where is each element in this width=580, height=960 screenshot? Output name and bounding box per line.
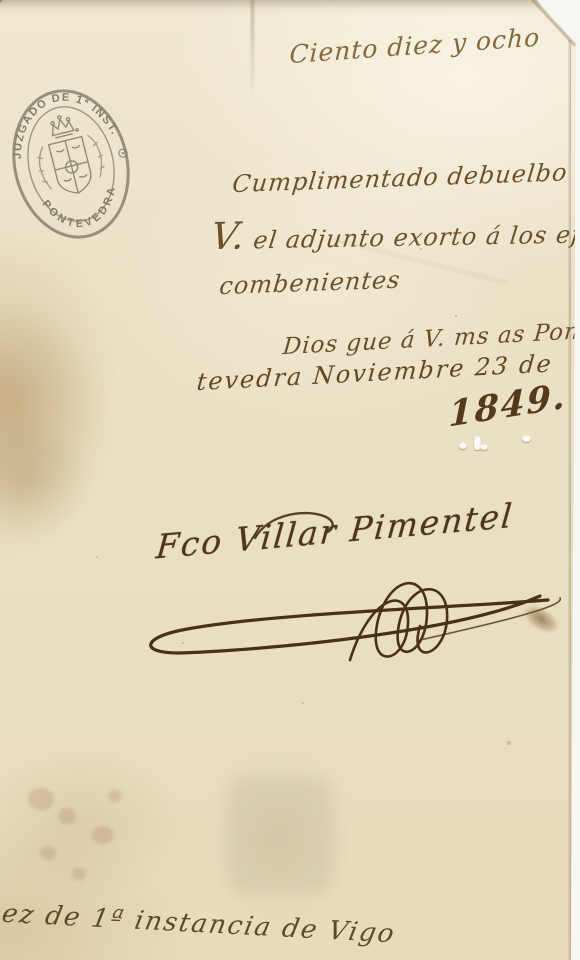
top-crease bbox=[0, 0, 560, 14]
closing-year: 1849. bbox=[448, 375, 567, 435]
stain-speck bbox=[40, 846, 56, 860]
footer-addressee: Juez de 1ª instancia de Vigo bbox=[0, 880, 402, 953]
coat-of-arms-icon bbox=[49, 137, 95, 198]
crown-icon bbox=[48, 113, 74, 138]
paper-specks bbox=[0, 0, 2, 2]
body-line: combenientes bbox=[218, 266, 402, 300]
folio-number: Ciento diez y ocho bbox=[289, 22, 541, 69]
punch-hole bbox=[522, 435, 531, 442]
punch-hole bbox=[459, 442, 467, 449]
paper-edge bbox=[568, 40, 571, 960]
body-line: V. el adjunto exorto á los efectos bbox=[209, 206, 580, 258]
stain bbox=[228, 778, 333, 893]
stain-speck bbox=[92, 826, 114, 844]
court-stamp: JUZGADO DE 1ª INST. PONTEVEDRA bbox=[0, 71, 151, 257]
punch-hole bbox=[480, 444, 488, 450]
stain-speck bbox=[58, 808, 76, 824]
stain-speck bbox=[28, 788, 54, 810]
stamp-dot-center bbox=[121, 152, 124, 155]
body-line: Cumplimentado debuelbo á bbox=[231, 157, 580, 198]
scanned-document: JUZGADO DE 1ª INST. PONTEVEDRA bbox=[0, 0, 580, 960]
stain-speck bbox=[108, 790, 122, 802]
paper-sheet: JUZGADO DE 1ª INST. PONTEVEDRA bbox=[0, 0, 580, 960]
stamp-graphic: JUZGADO DE 1ª INST. PONTEVEDRA bbox=[0, 71, 151, 257]
stain-speck bbox=[72, 868, 86, 880]
fold-line bbox=[251, 0, 254, 98]
